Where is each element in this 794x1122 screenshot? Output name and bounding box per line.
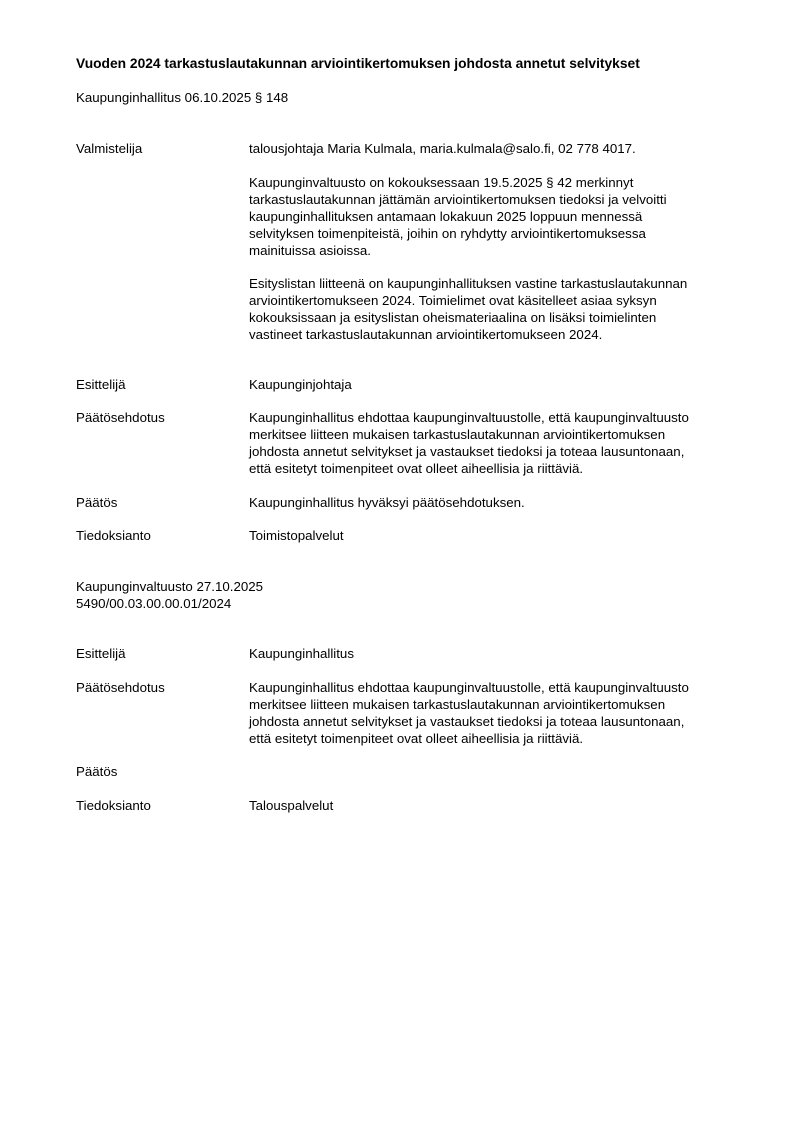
section2-reference: 5490/00.03.00.00.01/2024 [76, 596, 231, 611]
esittelija-label-2: Esittelijä [76, 646, 126, 661]
text-line: mainituissa asioissa. [249, 242, 667, 259]
paragraph-2: Esityslistan liitteenä on kaupunginhalli… [249, 275, 687, 343]
text-line: että esitetyt toimenpiteet ovat olleet a… [249, 730, 689, 747]
section1-header: Kaupunginhallitus 06.10.2025 § 148 [76, 90, 288, 105]
valmistelija-value: talousjohtaja Maria Kulmala, maria.kulma… [249, 140, 636, 157]
text-line: kokouksissaan ja esityslistan oheismater… [249, 309, 687, 326]
text-line: kaupunginhallituksen antamaan lokakuun 2… [249, 208, 667, 225]
text-line: että esitetyt toimenpiteet ovat olleet a… [249, 460, 689, 477]
valmistelija-label: Valmistelija [76, 141, 142, 156]
text-line: vastineet tarkastuslautakunnan arviointi… [249, 326, 687, 343]
text-line: Kaupunginhallitus ehdottaa kaupunginvalt… [249, 679, 689, 696]
paatosehdotus-value: Kaupunginhallitus ehdottaa kaupunginvalt… [249, 409, 689, 477]
section2-header: Kaupunginvaltuusto 27.10.2025 [76, 579, 263, 594]
paatos-label: Päätös [76, 495, 117, 510]
text-line: merkitsee liitteen mukaisen tarkastuslau… [249, 426, 689, 443]
text-line: tarkastuslautakunnan jättämän arviointik… [249, 191, 667, 208]
text-line: selvityksen toimenpiteistä, joihin on ry… [249, 225, 667, 242]
text-line: Kaupunginhallitus ehdottaa kaupunginvalt… [249, 409, 689, 426]
tiedoksianto-value: Toimistopalvelut [249, 527, 344, 544]
esittelija-label: Esittelijä [76, 377, 126, 392]
text-line: johdosta annetut selvitykset ja vastauks… [249, 443, 689, 460]
paatosehdotus-value-2: Kaupunginhallitus ehdottaa kaupunginvalt… [249, 679, 689, 747]
paatos-label-2: Päätös [76, 764, 117, 779]
tiedoksianto-label: Tiedoksianto [76, 528, 151, 543]
paatos-value: Kaupunginhallitus hyväksyi päätösehdotuk… [249, 494, 525, 511]
tiedoksianto-value-2: Talouspalvelut [249, 797, 333, 814]
text-line: merkitsee liitteen mukaisen tarkastuslau… [249, 696, 689, 713]
esittelija-value: Kaupunginjohtaja [249, 376, 352, 393]
document-title: Vuoden 2024 tarkastuslautakunnan arvioin… [76, 56, 640, 71]
paatosehdotus-label-2: Päätösehdotus [76, 680, 165, 695]
text-line: arviointikertomukseen 2024. Toimielimet … [249, 292, 687, 309]
paatosehdotus-label: Päätösehdotus [76, 410, 165, 425]
esittelija-value-2: Kaupunginhallitus [249, 645, 354, 662]
paragraph-1: Kaupunginvaltuusto on kokouksessaan 19.5… [249, 174, 667, 259]
text-line: johdosta annetut selvitykset ja vastauks… [249, 713, 689, 730]
text-line: Kaupunginvaltuusto on kokouksessaan 19.5… [249, 174, 667, 191]
text-line: Esityslistan liitteenä on kaupunginhalli… [249, 275, 687, 292]
tiedoksianto-label-2: Tiedoksianto [76, 798, 151, 813]
